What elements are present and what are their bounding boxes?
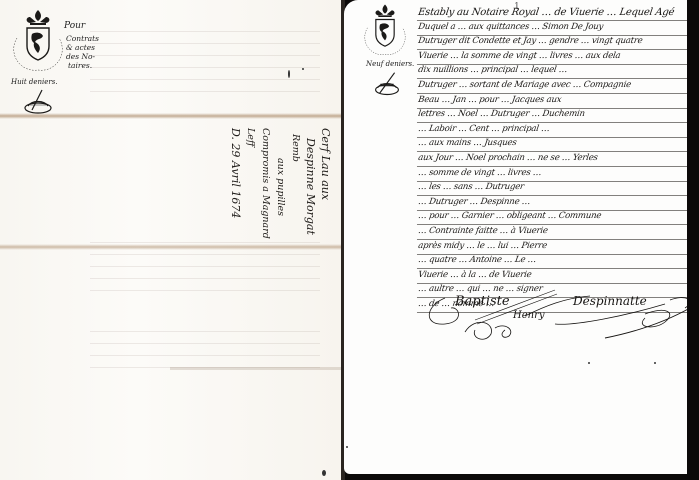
scan-edge-right — [687, 0, 699, 480]
text-line: … Laboir … Cent … principal … — [417, 123, 691, 138]
text-line: aux Jour … Noel prochain … ne se … Yerle… — [417, 152, 691, 167]
text-line: Estably au Notaire Royal … de Viuerie … … — [417, 6, 691, 21]
left-page: Pour Contrats & actes des No- taires. Hu… — [0, 0, 343, 480]
manuscript-body: Estably au Notaire Royal … de Viuerie … … — [418, 6, 690, 312]
text-line: … somme de vingt … livres … — [417, 167, 691, 182]
stamp-side-text-4: des No- — [66, 52, 95, 61]
docket-line-4: aux pupilles — [273, 128, 288, 239]
text-line: … pour … Garnier … obligeant … Commune — [417, 210, 691, 225]
text-line: Duquel a … aux quittances … Simon De Jou… — [417, 21, 691, 36]
text-line: Viuerie … la somme de vingt … livres … a… — [417, 50, 691, 65]
text-line: Beau … Jan … pour … Jacques aux — [417, 94, 691, 109]
docket-line-5: Compromis a Magnard — [258, 128, 273, 239]
text-line: dix nuillions … principal … lequel … — [417, 64, 691, 79]
ink-spot — [322, 470, 326, 476]
coat-of-arms-icon — [8, 8, 68, 78]
text-line: après midy … le … lui … Pierre — [417, 240, 691, 255]
signature-block: Baptiste Henry Despinnatte — [415, 286, 699, 346]
docket-line-7: D. 29 Avril 1674 — [228, 128, 243, 239]
ink-spot — [346, 446, 348, 448]
text-line: … Dutruger … Despinne … — [417, 196, 691, 211]
text-line: … les … sans … Dutruger — [417, 181, 691, 196]
stamp-price-label: Huit deniers. — [11, 78, 58, 86]
docket-line-6: Leff — [243, 128, 258, 239]
stamp-price-label: Neuf deniers. — [366, 60, 414, 68]
coat-of-arms-icon — [360, 2, 410, 62]
ink-spot — [288, 70, 290, 78]
text-line: … quatre … Antoine … Le … — [417, 254, 691, 269]
ink-spot — [588, 362, 590, 364]
stamp-side-text-5: taires. — [68, 61, 92, 70]
ink-spot — [654, 362, 656, 364]
text-line: lettres … Noel … Dutruger … Duchemin — [417, 108, 691, 123]
text-line: Dutruger … sortant de Mariage avec … Com… — [417, 79, 691, 94]
docket-line-1: Cerf Lau aux — [318, 128, 333, 239]
fold-line-lower — [170, 367, 343, 370]
quill-inkwell-icon — [18, 88, 58, 118]
text-line: … aux mains … Jusques — [417, 137, 691, 152]
docket-line-2: Despinne Morgat — [303, 128, 318, 239]
stamp-side-text-3: & actes — [66, 43, 95, 52]
text-line: Viuerie … à la … de Viuerie — [417, 269, 691, 284]
stamp-side-text-2: Contrats — [66, 34, 99, 43]
stamp-side-text-1: Pour — [64, 22, 85, 31]
signature-flourish-icon — [415, 286, 699, 346]
docket-note: Cerf Lau aux Despinne Morgat Remb aux pu… — [225, 128, 335, 238]
text-line: … Contrainte faitte … à Viuerie — [417, 225, 691, 240]
quill-inkwell-icon — [368, 70, 406, 100]
tax-stamp-left: Pour Contrats & actes des No- taires. Hu… — [8, 8, 108, 108]
ink-spot — [302, 68, 304, 70]
text-line: Dutruger dit Condette et Jay … gendre … … — [417, 35, 691, 50]
fold-line-middle — [0, 244, 343, 250]
docket-line-3: Remb — [288, 128, 303, 239]
